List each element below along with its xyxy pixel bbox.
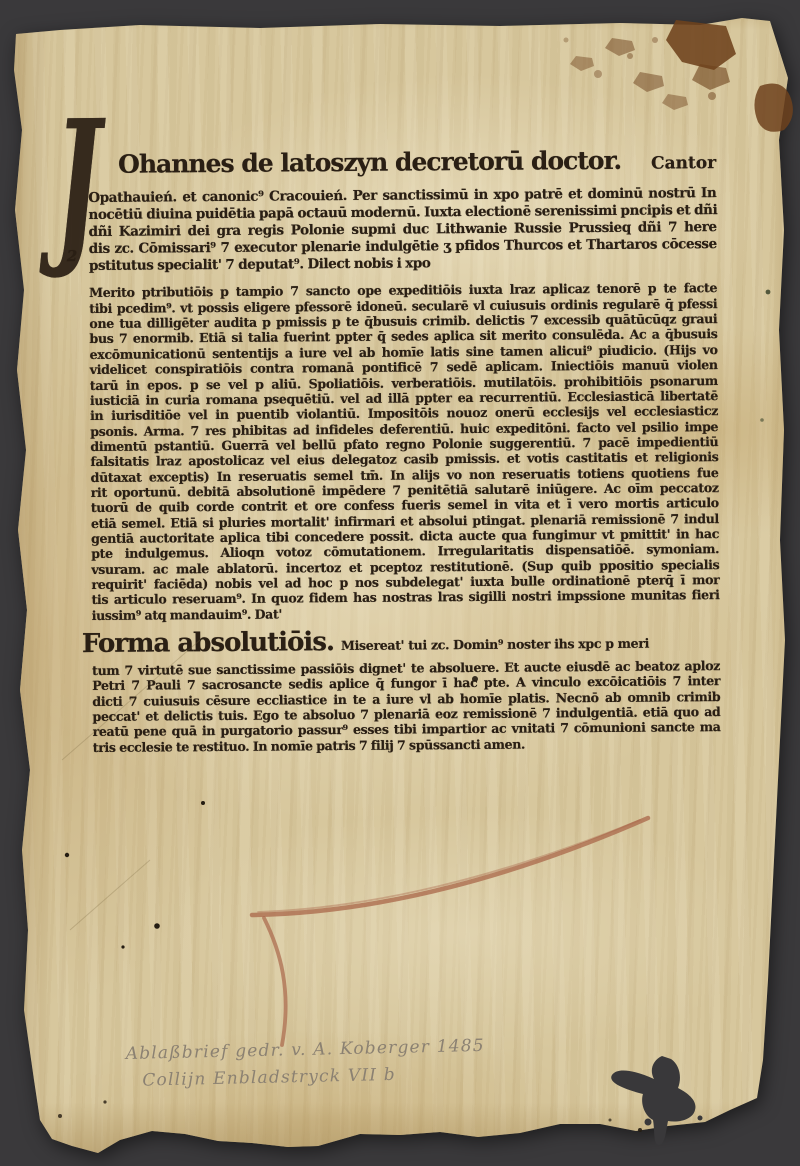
forma-heading-text: Forma absolutiōis. — [82, 627, 334, 659]
forma-intro-text: Misereat' tui zc. Domin⁹ noster ihs xpc … — [341, 636, 649, 653]
decorative-initial: J — [54, 114, 96, 324]
paper-sheet-wrapper: J 2 Ohannes de latoszyn decretorū doctor… — [0, 0, 800, 1166]
bottom-edge-stain — [0, 1102, 800, 1166]
main-paragraph: Merito ptributiōis p tampio 7 sancto ope… — [89, 281, 720, 623]
printed-text-block: J 2 Ohannes de latoszyn decretorū doctor… — [88, 145, 721, 755]
right-edge-stain — [770, 0, 800, 1166]
margin-mark: 2 — [67, 247, 78, 265]
title-text: Ohannes de latoszyn decretorū doctor. — [118, 146, 621, 179]
photo-stage: J 2 Ohannes de latoszyn decretorū doctor… — [0, 0, 800, 1166]
forma-paragraph: tum 7 virtutē sue sanctissime passiōis d… — [92, 658, 721, 755]
title-line: Ohannes de latoszyn decretorū doctor. Ca… — [118, 145, 716, 190]
left-edge-stain — [0, 0, 52, 1166]
title-suffix-text: Cantor — [651, 153, 716, 174]
parchment-sheet: J 2 Ohannes de latoszyn decretorū doctor… — [0, 0, 800, 1166]
forma-heading-line: Forma absolutiōis. Misereat' tui zc. Dom… — [82, 624, 720, 663]
intro-paragraph: Opathauień. et canonic⁹ Cracouień. Per s… — [88, 185, 717, 274]
pencil-annotation: Ablaßbrief gedr. v. A. Koberger 1485 Col… — [125, 1031, 566, 1095]
top-edge-stain — [0, 0, 800, 30]
